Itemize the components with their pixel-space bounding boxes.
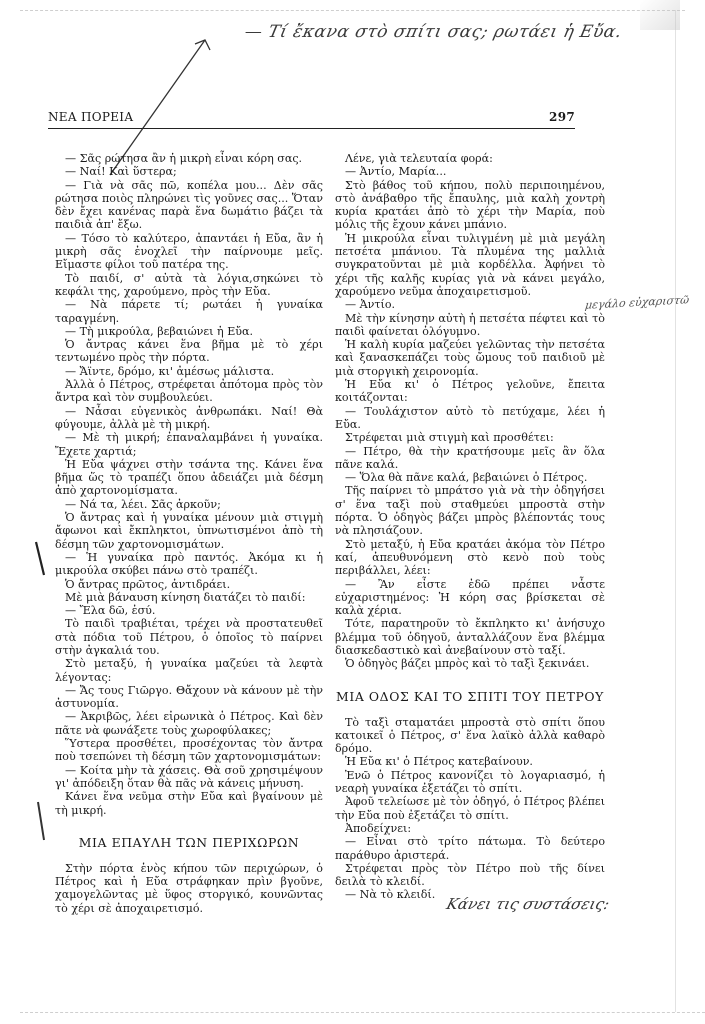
section-title-right: ΜΙΑ ΟΔΟΣ ΚΑΙ ΤΟ ΣΠΙΤΙ ΤΟΥ ΠΕΤΡΟΥ [335,689,605,704]
paragraph: Στὸ μεταξύ, ἡ γυναίκα μαζεύει τὰ λεφτὰ λ… [55,657,323,684]
paragraph: Τῆς παίρνει τὸ μπράτσο γιὰ νὰ τὴν ὁδηγήσ… [335,484,605,537]
paragraph: — Νἆσαι εὐγενικὸς ἀνθρωπάκι. Ναί! Θὰ φύγ… [55,405,323,432]
running-title: ΝΕΑ ΠΟΡΕΙΑ [48,110,133,124]
paragraph: — Τὴ μικρούλα, βεβαιώνει ἡ Εὔα. [55,325,323,338]
paragraph: — Ἂν εἶστε ἐδῶ πρέπει νἆστε εὐχαριστημέν… [335,578,605,618]
paragraph: — Τόσο τὸ καλύτερο, ἀπαντάει ἡ Εὔα, ἂν ἡ… [55,232,323,272]
running-header: ΝΕΑ ΠΟΡΕΙΑ 297 [48,110,575,124]
paragraph: Ἡ Εὔα κι' ὁ Πέτρος κατεβαίνουν. [335,755,605,768]
paragraph: — Ὅλα θὰ πᾶνε καλά, βεβαιώνει ὁ Πέτρος. [335,471,605,484]
paragraph: Ὁ ἄντρας κάνει ἕνα βῆμα μὲ τὸ χέρι τεντω… [55,338,323,365]
paragraph: — Γιὰ νὰ σᾶς πῶ, κοπέλα μου... Δὲν σᾶς ρ… [55,179,323,232]
paragraph: — Ἀντίο, Μαρία... [335,165,605,178]
paragraph: Ἡ καλὴ κυρία μαζεύει γελῶντας τὴν πετσέτ… [335,338,605,378]
paragraph: Ἡ μικρούλα εἶναι τυλιγμένη μὲ μιὰ μεγάλη… [335,232,605,298]
paragraph: Στὸ μεταξύ, ἡ Εὔα κρατάει ἀκόμα τὸν Πέτρ… [335,538,605,578]
paragraph: — Ἔλα δῶ, ἐσύ. [55,604,323,617]
paragraph: — Ἡ γυναίκα πρὸ παντός. Ἀκόμα κι ἡ μικρο… [55,551,323,578]
paragraph: Ἀποδείχνει: [335,822,605,835]
right-column-body: Λένε, γιὰ τελευταία φορά:— Ἀντίο, Μαρία.… [335,152,605,671]
page-edge-bottom [20,1012,705,1013]
paragraph: Ἀλλὰ ὁ Πέτρος, στρέφεται ἀπότομα πρὸς τὸ… [55,378,323,405]
paragraph: Τὸ ταξὶ σταματάει μπροστὰ στὸ σπίτι ὅπου… [335,716,605,756]
paragraph: Κάνει ἕνα νεῦμα στὴν Εὔα καὶ βγαίνουν μὲ… [55,790,323,817]
left-section-body: Στὴν πόρτα ἑνὸς κήπου τῶν περιχώρων, ὁ Π… [55,862,323,915]
paragraph: — Μὲ τὴ μικρή; ἐπαναλαμβάνει ἡ γυναίκα. … [55,431,323,458]
paragraph: — Κοίτα μὴν τὰ χάσεις. Θὰ σοῦ χρησιμέψου… [55,764,323,791]
section-title-left: ΜΙΑ ΕΠΑΥΛΗ ΤΩΝ ΠΕΡΙΧΩΡΩΝ [55,835,323,850]
page-edge-right [675,10,676,1012]
paragraph: Ὁ ἄντρας πρῶτος, ἀντιδράει. [55,578,323,591]
paragraph: — Νὰ τὸ κλειδί. [335,888,605,901]
paragraph: Μὲ μιὰ βάναυση κίνηση διατάζει τὸ παιδί: [55,591,323,604]
paragraph: Τὸ παιδὶ τραβιέται, τρέχει νὰ προστατευθ… [55,617,323,657]
page-number: 297 [549,110,575,124]
page-corner-shadow [640,0,680,30]
right-section-body: Τὸ ταξὶ σταματάει μπροστὰ στὸ σπίτι ὅπου… [335,716,605,902]
paragraph: — Νὰ πάρετε τί; ρωτάει ἡ γυναίκα ταραγμέ… [55,298,323,325]
paragraph: — Ἄϊντε, δρόμο, κι' ἀμέσως μάλιστα. [55,365,323,378]
header-rule [48,128,575,129]
paragraph: Ὁ ἄντρας καὶ ἡ γυναίκα μένουν μιὰ στιγμὴ… [55,511,323,551]
paragraph: Ἡ Εὔα ψάχνει στὴν τσάντα της. Κάνει ἕνα … [55,458,323,498]
paragraph: Ὕστερα προσθέτει, προσέχοντας τὸν ἄντρα … [55,737,323,764]
left-column: — Σᾶς ρώτησα ἂν ἡ μικρὴ εἶναι κόρη σας.—… [55,152,323,915]
paragraph: — Ἄς τους Γιῶργο. Θἄχουν νὰ κάνουν μὲ τὴ… [55,684,323,711]
page-edge-top [20,10,685,11]
right-column: Λένε, γιὰ τελευταία φορά:— Ἀντίο, Μαρία.… [335,152,605,902]
paragraph: — Εἶναι στὸ τρίτο πάτωμα. Τὸ δεύτερο παρ… [335,835,605,862]
paragraph: — Πέτρο, θὰ τὴν κρατήσουμε μεῖς ἂν ὅλα π… [335,445,605,472]
paragraph: Ὁ ὁδηγὸς βάζει μπρὸς καὶ τὸ ταξὶ ξεκινάε… [335,657,605,670]
paragraph: Ἐνῶ ὁ Πέτρος κανονίζει τὸ λογαριασμό, ἡ … [335,769,605,796]
paragraph: Ἡ Εὔα κι' ὁ Πέτρος γελοῦνε, ἔπειτα κοιτά… [335,378,605,405]
paragraph: — Ἀκριβῶς, λέει εἰρωνικὰ ὁ Πέτρος. Καὶ δ… [55,710,323,737]
paragraph: Στρέφεται πρὸς τὸν Πέτρο ποὺ τῆς δίνει δ… [335,862,605,889]
handwritten-annotation-top: — Τί ἔκανα στὸ σπίτι σας; ρωτάει ἡ Εὔα. [243,22,624,42]
paragraph: — Τουλάχιστον αὐτὸ τὸ πετύχαμε, λέει ἡ Ε… [335,405,605,432]
paragraph: Τότε, παρατηροῦν τὸ ἔκπληκτο κι' ἀνήσυχο… [335,617,605,657]
paragraph: Τὸ παιδί, σ' αὐτὰ τὰ λόγια,σηκώνει τὸ κε… [55,272,323,299]
paragraph: Μὲ τὴν κίνησην αὐτὴ ἡ πετσέτα πέφτει καὶ… [335,312,605,339]
paragraph: Στρέφεται μιὰ στιγμὴ καὶ προσθέτει: [335,431,605,444]
left-column-body: — Σᾶς ρώτησα ἂν ἡ μικρὴ εἶναι κόρη σας.—… [55,152,323,817]
paragraph: Στὸ βάθος τοῦ κήπου, πολὺ περιποιημένου,… [335,179,605,232]
paragraph: Ἀφοῦ τελείωσε μὲ τὸν ὁδηγό, ὁ Πέτρος βλέ… [335,795,605,822]
paragraph: Λένε, γιὰ τελευταία φορά: [335,152,605,165]
paragraph: — Σᾶς ρώτησα ἂν ἡ μικρὴ εἶναι κόρη σας. [55,152,323,165]
paragraph: — Ναί! Καὶ ὕστερα; [55,165,323,178]
paragraph: — Νά τα, λέει. Σᾶς ἀρκοῦν; [55,498,323,511]
paragraph: Στὴν πόρτα ἑνὸς κήπου τῶν περιχώρων, ὁ Π… [55,862,323,915]
paragraph: — Ἀντίο. [335,298,605,311]
